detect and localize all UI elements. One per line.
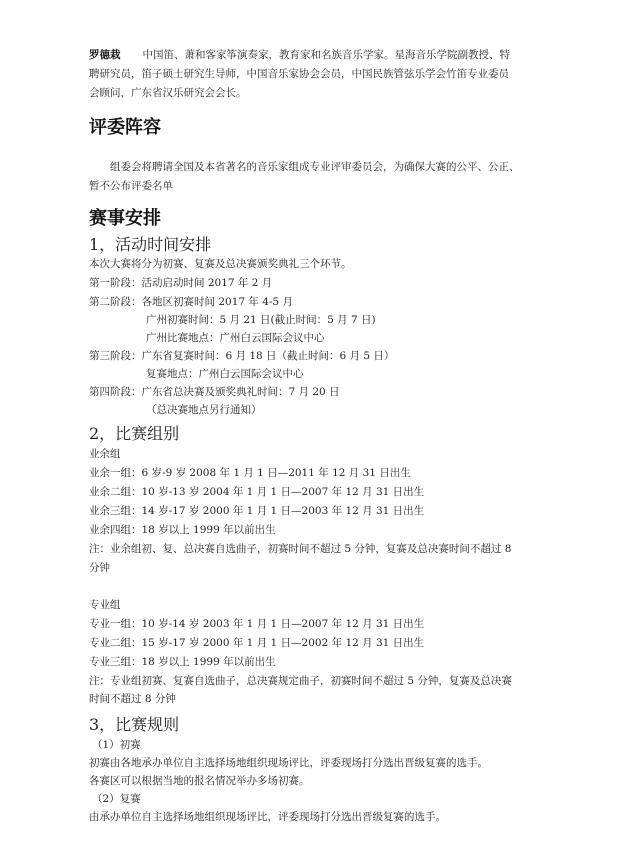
bio-name: 罗德栽 <box>89 49 121 61</box>
section3-title: 3，比赛规则 <box>89 715 179 735</box>
stage-row-7: 第四阶段：广东省总决赛及颁奖典礼时间：7 月 20 日 <box>89 385 340 399</box>
judges-line-2: 暂不公布评委名单 <box>89 179 173 193</box>
prelim-line-2: 各赛区可以根据当地的报名情况举办多场初赛。 <box>89 774 310 788</box>
judges-line-1: 组委会将聘请全国及本省著名的音乐家组成专业评审委员会，为确保大赛的公平、公正、 <box>110 160 520 174</box>
stage-row-3: 广州初赛时间：5 月 21 日(截止时间：5 月 7 日) <box>146 313 376 327</box>
bio-line-3: 会顾问，广东省汉乐研究会会长。 <box>89 86 247 100</box>
stage-label: 第四阶段： <box>89 386 142 398</box>
professional-group-3: 专业三组：18 岁以上 1999 年以前出生 <box>89 655 276 669</box>
professional-note-1: 注：专业组初赛、复赛自选曲子，总决赛规定曲子，初赛时间不超过 5 分钟，复赛及总… <box>89 674 512 688</box>
bio-line-2: 聘研究员，笛子硕士研究生导师，中国音乐家协会会员，中国民族管弦乐学会竹笛专业委员 <box>89 67 509 81</box>
schedule-heading: 赛事安排 <box>89 208 161 230</box>
section1-title: 1，活动时间安排 <box>89 235 211 255</box>
stage-row-1: 第一阶段：活动启动时间 2017 年 2 月 <box>89 276 272 290</box>
bio-line-1: 罗德栽中国笛、萧和客家筝演奏家，教育家和名族音乐学家。星海音乐学院副教授、特 <box>89 48 510 62</box>
document-page: 罗德栽中国笛、萧和客家筝演奏家，教育家和名族音乐学家。星海音乐学院副教授、特 聘… <box>0 0 623 850</box>
amateur-note-2: 分钟 <box>89 561 110 575</box>
professional-group-2: 专业二组：15 岁-17 岁 2000 年 1 月 1 日—2002 年 12 … <box>89 636 424 650</box>
stage-row-5: 第三阶段：广东省复赛时间：6 月 18 日（截止时间：6 月 5 日） <box>89 349 394 363</box>
stage-text: 广东省总决赛及颁奖典礼时间：7 月 20 日 <box>142 386 340 398</box>
prelim-line-1: 初赛由各地承办单位自主选择场地组织现场评比，评委现场打分选出晋级复赛的选手。 <box>89 756 488 770</box>
stage-text: 各地区初赛时间 2017 年 4-5 月 <box>142 296 293 308</box>
semi-line-1: 由承办单位自主选择场地组织现场评比，评委现场打分选出晋级复赛的选手。 <box>89 810 446 824</box>
stage-row-6: 复赛地点：广州白云国际会议中心 <box>146 367 304 381</box>
bio-text-1: 中国笛、萧和客家筝演奏家，教育家和名族音乐学家。星海音乐学院副教授、特 <box>143 49 511 61</box>
amateur-group-2: 业余二组：10 岁-13 岁 2004 年 1 月 1 日—2007 年 12 … <box>89 485 424 499</box>
amateur-group-3: 业余三组：14 岁-17 岁 2000 年 1 月 1 日—2003 年 12 … <box>89 504 424 518</box>
stage-label: 第一阶段： <box>89 277 142 289</box>
stage-text: 活动启动时间 2017 年 2 月 <box>142 277 273 289</box>
amateur-label: 业余组 <box>89 447 121 461</box>
stage-label: 第二阶段： <box>89 296 142 308</box>
stage-row-2: 第二阶段：各地区初赛时间 2017 年 4-5 月 <box>89 295 293 309</box>
amateur-group-1: 业余一组：6 岁-9 岁 2008 年 1 月 1 日—2011 年 12 月 … <box>89 466 411 480</box>
semi-label: （2）复赛 <box>92 792 141 806</box>
stage-row-4: 广州比赛地点：广州白云国际会议中心 <box>146 331 325 345</box>
prelim-label: （1）初赛 <box>92 738 141 752</box>
amateur-group-4: 业余四组：18 岁以上 1999 年以前出生 <box>89 523 276 537</box>
professional-group-1: 专业一组：10 岁-14 岁 2003 年 1 月 1 日—2007 年 12 … <box>89 617 424 631</box>
stage-text: 广东省复赛时间：6 月 18 日（截止时间：6 月 5 日） <box>142 350 395 362</box>
section2-title: 2，比赛组别 <box>89 424 179 444</box>
section1-intro: 本次大赛将分为初赛、复赛及总决赛颁奖典礼三个环节。 <box>89 257 352 271</box>
judges-heading: 评委阵容 <box>89 117 161 139</box>
professional-note-2: 时间不超过 8 分钟 <box>89 692 176 706</box>
stage-row-8: （总决赛地点另行通知） <box>146 403 262 417</box>
amateur-note-1: 注：业余组初、复、总决赛自选曲子，初赛时间不超过 5 分钟，复赛及总决赛时间不超… <box>89 542 511 556</box>
stage-label: 第三阶段： <box>89 350 142 362</box>
professional-label: 专业组 <box>89 598 121 612</box>
